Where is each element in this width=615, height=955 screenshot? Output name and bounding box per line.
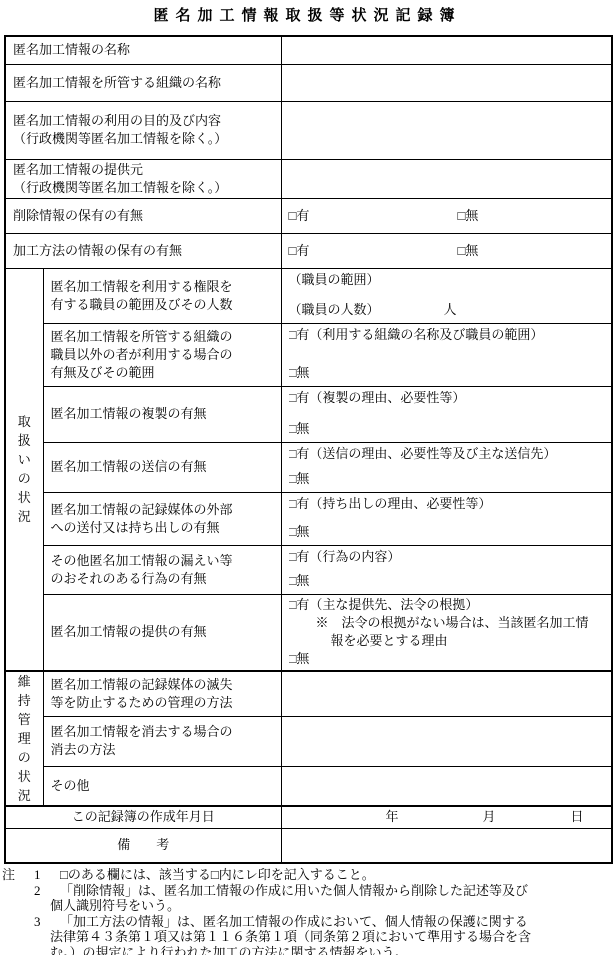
provide-note-line2: 報を必要とする理由 xyxy=(289,632,608,650)
row-staff-scope: 取扱いの状況 匿名加工情報を利用する権限を 有する職員の範囲及びその人数 （職員… xyxy=(5,268,612,323)
row-remarks: 備 考 xyxy=(5,828,612,863)
row-leak: その他匿名加工情報の漏えい等 のおそれのある行為の有無 □有（行為の内容） □無 xyxy=(5,545,612,594)
row-deleted-info-options: □有□無 xyxy=(281,198,612,233)
row-send: 匿名加工情報の送信の有無 □有（送信の理由、必要性等及び主な送信先） □無 xyxy=(5,442,612,492)
row-erase-method-label: 匿名加工情報を消去する場合の 消去の方法 xyxy=(43,716,281,766)
row-loss-prevention-label: 匿名加工情報の記録媒体の滅失 等を防止するための管理の方法 xyxy=(43,671,281,716)
checkbox-yes-option: □有（主な提供先、法令の根拠） xyxy=(289,596,608,614)
row-provider-label: 匿名加工情報の提供元 （行政機関等匿名加工情報を除く。） xyxy=(5,159,281,198)
row-remarks-label: 備 考 xyxy=(5,828,281,863)
row-takeout-label: 匿名加工情報の記録媒体の外部 への送付又は持ち出しの有無 xyxy=(43,492,281,545)
row-processing-method-options: □有□無 xyxy=(281,233,612,268)
checkbox-no-option: □無 xyxy=(458,243,479,258)
checkbox-no-option: □無 xyxy=(289,650,608,668)
note-1-text: □のある欄には、該当する□内にレ印を記入すること。 xyxy=(60,867,375,882)
row-purpose-label: 匿名加工情報の利用の目的及び内容 （行政機関等匿名加工情報を除く。） xyxy=(5,101,281,159)
row-deleted-info: 削除情報の保有の有無 □有□無 xyxy=(5,198,612,233)
notes-section: 注1□のある欄には、該当する□内にレ印を記入すること。 2「削除情報」は、匿名加… xyxy=(0,867,615,955)
document-title: 匿名加工情報取扱等状況記録簿 xyxy=(0,4,615,26)
row-takeout-label-line2: への送付又は持ち出しの有無 xyxy=(51,519,277,537)
row-processing-method: 加工方法の情報の保有の有無 □有□無 xyxy=(5,233,612,268)
checkbox-yes-option: □有（行為の内容） xyxy=(289,548,608,566)
row-takeout-options: □有（持ち出しの理由、必要性等） □無 xyxy=(281,492,612,545)
row-erase-method-label-line2: 消去の方法 xyxy=(51,741,277,759)
row-leak-label-line1: その他匿名加工情報の漏えい等 xyxy=(51,552,277,570)
note-mark: 注 xyxy=(0,867,34,883)
checkbox-yes-option: □有（利用する組織の名称及び職員の範囲） xyxy=(289,326,608,344)
staff-count-unit: 人 xyxy=(444,302,457,317)
checkbox-no-option: □無 xyxy=(289,572,608,590)
staff-range-caption: （職員の範囲） xyxy=(289,271,608,289)
note-3-continuation-2: む。）の規定により行われた加工の方法に関する情報をいう。 xyxy=(0,945,615,955)
row-outside-use-label-line2: 職員以外の者が利用する場合の xyxy=(51,346,277,364)
checkbox-no-option: □無 xyxy=(289,470,608,488)
row-erase-method-value-cell xyxy=(281,716,612,766)
row-org-value-cell xyxy=(281,64,612,101)
row-purpose-value-cell xyxy=(281,101,612,159)
checkbox-no-option: □無 xyxy=(289,420,608,438)
row-remarks-value-cell xyxy=(281,828,612,863)
row-leak-label-line2: のおそれのある行為の有無 xyxy=(51,570,277,588)
note-2-continuation: 個人識別符号をいう。 xyxy=(0,898,615,914)
row-loss-prevention-value-cell xyxy=(281,671,612,716)
row-takeout-label-line1: 匿名加工情報の記録媒体の外部 xyxy=(51,501,277,519)
note-2-text-line2: 個人識別符号をいう。 xyxy=(50,898,180,913)
row-org-label: 匿名加工情報を所管する組織の名称 xyxy=(5,64,281,101)
handling-section-cell: 取扱いの状況 xyxy=(5,268,43,671)
note-3-text-line1: 「加工方法の情報」は、匿名加工情報の作成において、個人情報の保護に関する xyxy=(60,914,528,929)
row-purpose-label-line1: 匿名加工情報の利用の目的及び内容 xyxy=(13,112,277,130)
row-outside-use-options: □有（利用する組織の名称及び職員の範囲） □無 xyxy=(281,323,612,386)
maintenance-section-title: 維持管理の状況 xyxy=(17,672,31,805)
record-table: 匿名加工情報の名称 匿名加工情報を所管する組織の名称 匿名加工情報の利用の目的及… xyxy=(4,35,613,864)
row-loss-prevention-label-line1: 匿名加工情報の記録媒体の滅失 xyxy=(51,676,277,694)
row-loss-prevention: 維持管理の状況 匿名加工情報の記録媒体の滅失 等を防止するための管理の方法 xyxy=(5,671,612,716)
row-created-date: この記録簿の作成年月日 年 月 日 xyxy=(5,806,612,828)
row-provider: 匿名加工情報の提供元 （行政機関等匿名加工情報を除く。） xyxy=(5,159,612,198)
row-provide: 匿名加工情報の提供の有無 □有（主な提供先、法令の根拠） ※ 法令の根拠がない場… xyxy=(5,594,612,671)
row-leak-options: □有（行為の内容） □無 xyxy=(281,545,612,594)
row-purpose-label-line2: （行政機関等匿名加工情報を除く。） xyxy=(13,130,277,148)
handling-section-title: 取扱いの状況 xyxy=(17,412,31,526)
note-2: 2「削除情報」は、匿名加工情報の作成に用いた個人情報から削除した記述等及び xyxy=(0,883,615,899)
row-provide-options: □有（主な提供先、法令の根拠） ※ 法令の根拠がない場合は、当該匿名加工情 報を… xyxy=(281,594,612,671)
note-1-number: 1 xyxy=(34,867,60,883)
row-name-label: 匿名加工情報の名称 xyxy=(5,36,281,64)
checkbox-yes-option: □有（複製の理由、必要性等） xyxy=(289,389,608,407)
row-copy: 匿名加工情報の複製の有無 □有（複製の理由、必要性等） □無 xyxy=(5,386,612,442)
note-3-text-line3: む。）の規定により行われた加工の方法に関する情報をいう。 xyxy=(50,945,408,955)
date-fields: 年 月 日 xyxy=(289,808,608,826)
row-send-label: 匿名加工情報の送信の有無 xyxy=(43,442,281,492)
note-1: 注1□のある欄には、該当する□内にレ印を記入すること。 xyxy=(0,867,615,883)
row-copy-options: □有（複製の理由、必要性等） □無 xyxy=(281,386,612,442)
row-provide-label: 匿名加工情報の提供の有無 xyxy=(43,594,281,671)
document-page: 匿名加工情報取扱等状況記録簿 匿名加工情報の名称 匿名加工情報を所管する組織の名… xyxy=(0,4,615,955)
row-takeout: 匿名加工情報の記録媒体の外部 への送付又は持ち出しの有無 □有（持ち出しの理由、… xyxy=(5,492,612,545)
row-processing-method-label: 加工方法の情報の保有の有無 xyxy=(5,233,281,268)
checkbox-yes-option: □有 xyxy=(289,242,458,260)
provide-note-line1: ※ 法令の根拠がない場合は、当該匿名加工情 xyxy=(289,614,608,632)
note-3-text-line2: 法律第４３条第１項又は第１１６条第１項（同条第２項において準用する場合を含 xyxy=(50,929,531,944)
year-label: 年 xyxy=(386,808,399,826)
note-3-continuation-1: 法律第４３条第１項又は第１１６条第１項（同条第２項において準用する場合を含 xyxy=(0,929,615,945)
row-provider-label-line1: 匿名加工情報の提供元 xyxy=(13,161,277,179)
note-2-number: 2 xyxy=(34,883,60,899)
row-org: 匿名加工情報を所管する組織の名称 xyxy=(5,64,612,101)
row-erase-method-label-line1: 匿名加工情報を消去する場合の xyxy=(51,723,277,741)
checkbox-no-option: □無 xyxy=(289,364,608,382)
row-other-value-cell xyxy=(281,766,612,806)
row-outside-use-label-line1: 匿名加工情報を所管する組織の xyxy=(51,328,277,346)
checkbox-yes-option: □有 xyxy=(289,207,458,225)
note-2-text-line1: 「削除情報」は、匿名加工情報の作成に用いた個人情報から削除した記述等及び xyxy=(60,883,528,898)
staff-count-caption: （職員の人数） xyxy=(289,302,380,317)
row-name-value-cell xyxy=(281,36,612,64)
row-staff-scope-label: 匿名加工情報を利用する権限を 有する職員の範囲及びその人数 xyxy=(43,268,281,323)
checkbox-no-option: □無 xyxy=(289,523,608,541)
row-outside-use: 匿名加工情報を所管する組織の 職員以外の者が利用する場合の 有無及びその範囲 □… xyxy=(5,323,612,386)
row-outside-use-label-line3: 有無及びその範囲 xyxy=(51,364,277,382)
month-label: 月 xyxy=(483,808,496,826)
row-leak-label: その他匿名加工情報の漏えい等 のおそれのある行為の有無 xyxy=(43,545,281,594)
row-other: その他 xyxy=(5,766,612,806)
row-created-date-label: この記録簿の作成年月日 xyxy=(5,806,281,828)
row-deleted-info-label: 削除情報の保有の有無 xyxy=(5,198,281,233)
row-other-label: その他 xyxy=(43,766,281,806)
maintenance-section-cell: 維持管理の状況 xyxy=(5,671,43,806)
row-purpose: 匿名加工情報の利用の目的及び内容 （行政機関等匿名加工情報を除く。） xyxy=(5,101,612,159)
row-created-date-value: 年 月 日 xyxy=(281,806,612,828)
row-provider-label-line2: （行政機関等匿名加工情報を除く。） xyxy=(13,179,277,197)
row-outside-use-label: 匿名加工情報を所管する組織の 職員以外の者が利用する場合の 有無及びその範囲 xyxy=(43,323,281,386)
row-staff-scope-value: （職員の範囲） （職員の人数）人 xyxy=(281,268,612,323)
row-staff-scope-label-line1: 匿名加工情報を利用する権限を xyxy=(51,278,277,296)
row-provider-value-cell xyxy=(281,159,612,198)
checkbox-yes-option: □有（送信の理由、必要性等及び主な送信先） xyxy=(289,445,608,463)
checkbox-yes-option: □有（持ち出しの理由、必要性等） xyxy=(289,495,608,513)
day-label: 日 xyxy=(571,808,584,826)
row-erase-method: 匿名加工情報を消去する場合の 消去の方法 xyxy=(5,716,612,766)
checkbox-no-option: □無 xyxy=(458,208,479,223)
note-3-number: 3 xyxy=(34,914,60,930)
staff-count-line: （職員の人数）人 xyxy=(289,301,608,319)
row-send-options: □有（送信の理由、必要性等及び主な送信先） □無 xyxy=(281,442,612,492)
row-staff-scope-label-line2: 有する職員の範囲及びその人数 xyxy=(51,296,277,314)
row-loss-prevention-label-line2: 等を防止するための管理の方法 xyxy=(51,694,277,712)
row-copy-label: 匿名加工情報の複製の有無 xyxy=(43,386,281,442)
note-3: 3「加工方法の情報」は、匿名加工情報の作成において、個人情報の保護に関する xyxy=(0,914,615,930)
row-name: 匿名加工情報の名称 xyxy=(5,36,612,64)
